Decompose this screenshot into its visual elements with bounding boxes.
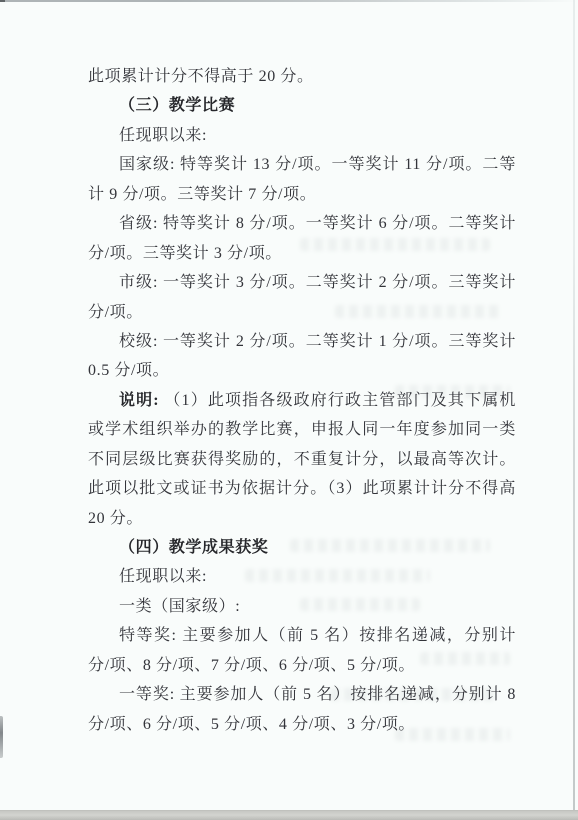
text-line: 任现职以来: (88, 121, 516, 150)
scanned-document-page: 此项累计计分不得高于 20 分。 （三）教学比赛 任现职以来: 国家级: 特等奖… (0, 0, 578, 820)
text-line-notes: 说明: （1）此项指各级政府行政主管部门及其下属机构 (88, 386, 516, 415)
scan-edge-right (573, 0, 575, 820)
text-line-first-prize: 一等奖: 主要参加人（前 5 名）按排名递减，分别计 8 (88, 680, 516, 709)
text-line: 不同层级比赛获得奖励的，不重复计分，以最高等次计。（2） (88, 445, 516, 474)
text-line: 任现职以来: (88, 562, 516, 591)
notes-text: （1）此项指各级政府行政主管部门及其下属机构 (119, 392, 516, 415)
notes-label: 说明: (119, 392, 159, 409)
text-line: 分/项、6 分/项、5 分/项、4 分/项、3 分/项。 (88, 710, 516, 739)
text-line: 此项以批文或证书为依据计分。（3）此项累计计分不得高于 (88, 474, 516, 503)
text-line: 分/项。三等奖计 3 分/项。 (88, 239, 516, 268)
text-line: 此项累计计分不得高于 20 分。 (88, 62, 516, 91)
section-heading-3: （三）教学比赛 (88, 91, 516, 120)
text-line-province-level: 省级: 特等奖计 8 分/项。一等奖计 6 分/项。二等奖计 4 (88, 209, 516, 238)
document-body: 此项累计计分不得高于 20 分。 （三）教学比赛 任现职以来: 国家级: 特等奖… (88, 62, 516, 739)
text-line: 20 分。 (88, 504, 516, 533)
text-line-school-level: 校级: 一等奖计 2 分/项。二等奖计 1 分/项。三等奖计 (88, 327, 516, 356)
text-line: 分/项。 (88, 298, 516, 327)
scan-edge-top (0, 0, 578, 2)
text-line: 分/项、8 分/项、7 分/项、6 分/项、5 分/项。 (88, 651, 516, 680)
text-line-national-level: 国家级: 特等奖计 13 分/项。一等奖计 11 分/项。二等奖 (88, 150, 516, 179)
scan-smudge-left (0, 716, 3, 758)
text-line: 一类（国家级）: (88, 592, 516, 621)
text-line-special-prize: 特等奖: 主要参加人（前 5 名）按排名递减，分别计 10 (88, 621, 516, 650)
text-line: 0.5 分/项。 (88, 356, 516, 385)
section-heading-4: （四）教学成果获奖 (88, 533, 516, 562)
text-line-city-level: 市级: 一等奖计 3 分/项。二等奖计 2 分/项。三等奖计 1 (88, 268, 516, 297)
scan-edge-bottom (0, 810, 578, 820)
text-line: 计 9 分/项。三等奖计 7 分/项。 (88, 180, 516, 209)
text-line: 或学术组织举办的教学比赛，申报人同一年度参加同一类型 (88, 415, 516, 444)
